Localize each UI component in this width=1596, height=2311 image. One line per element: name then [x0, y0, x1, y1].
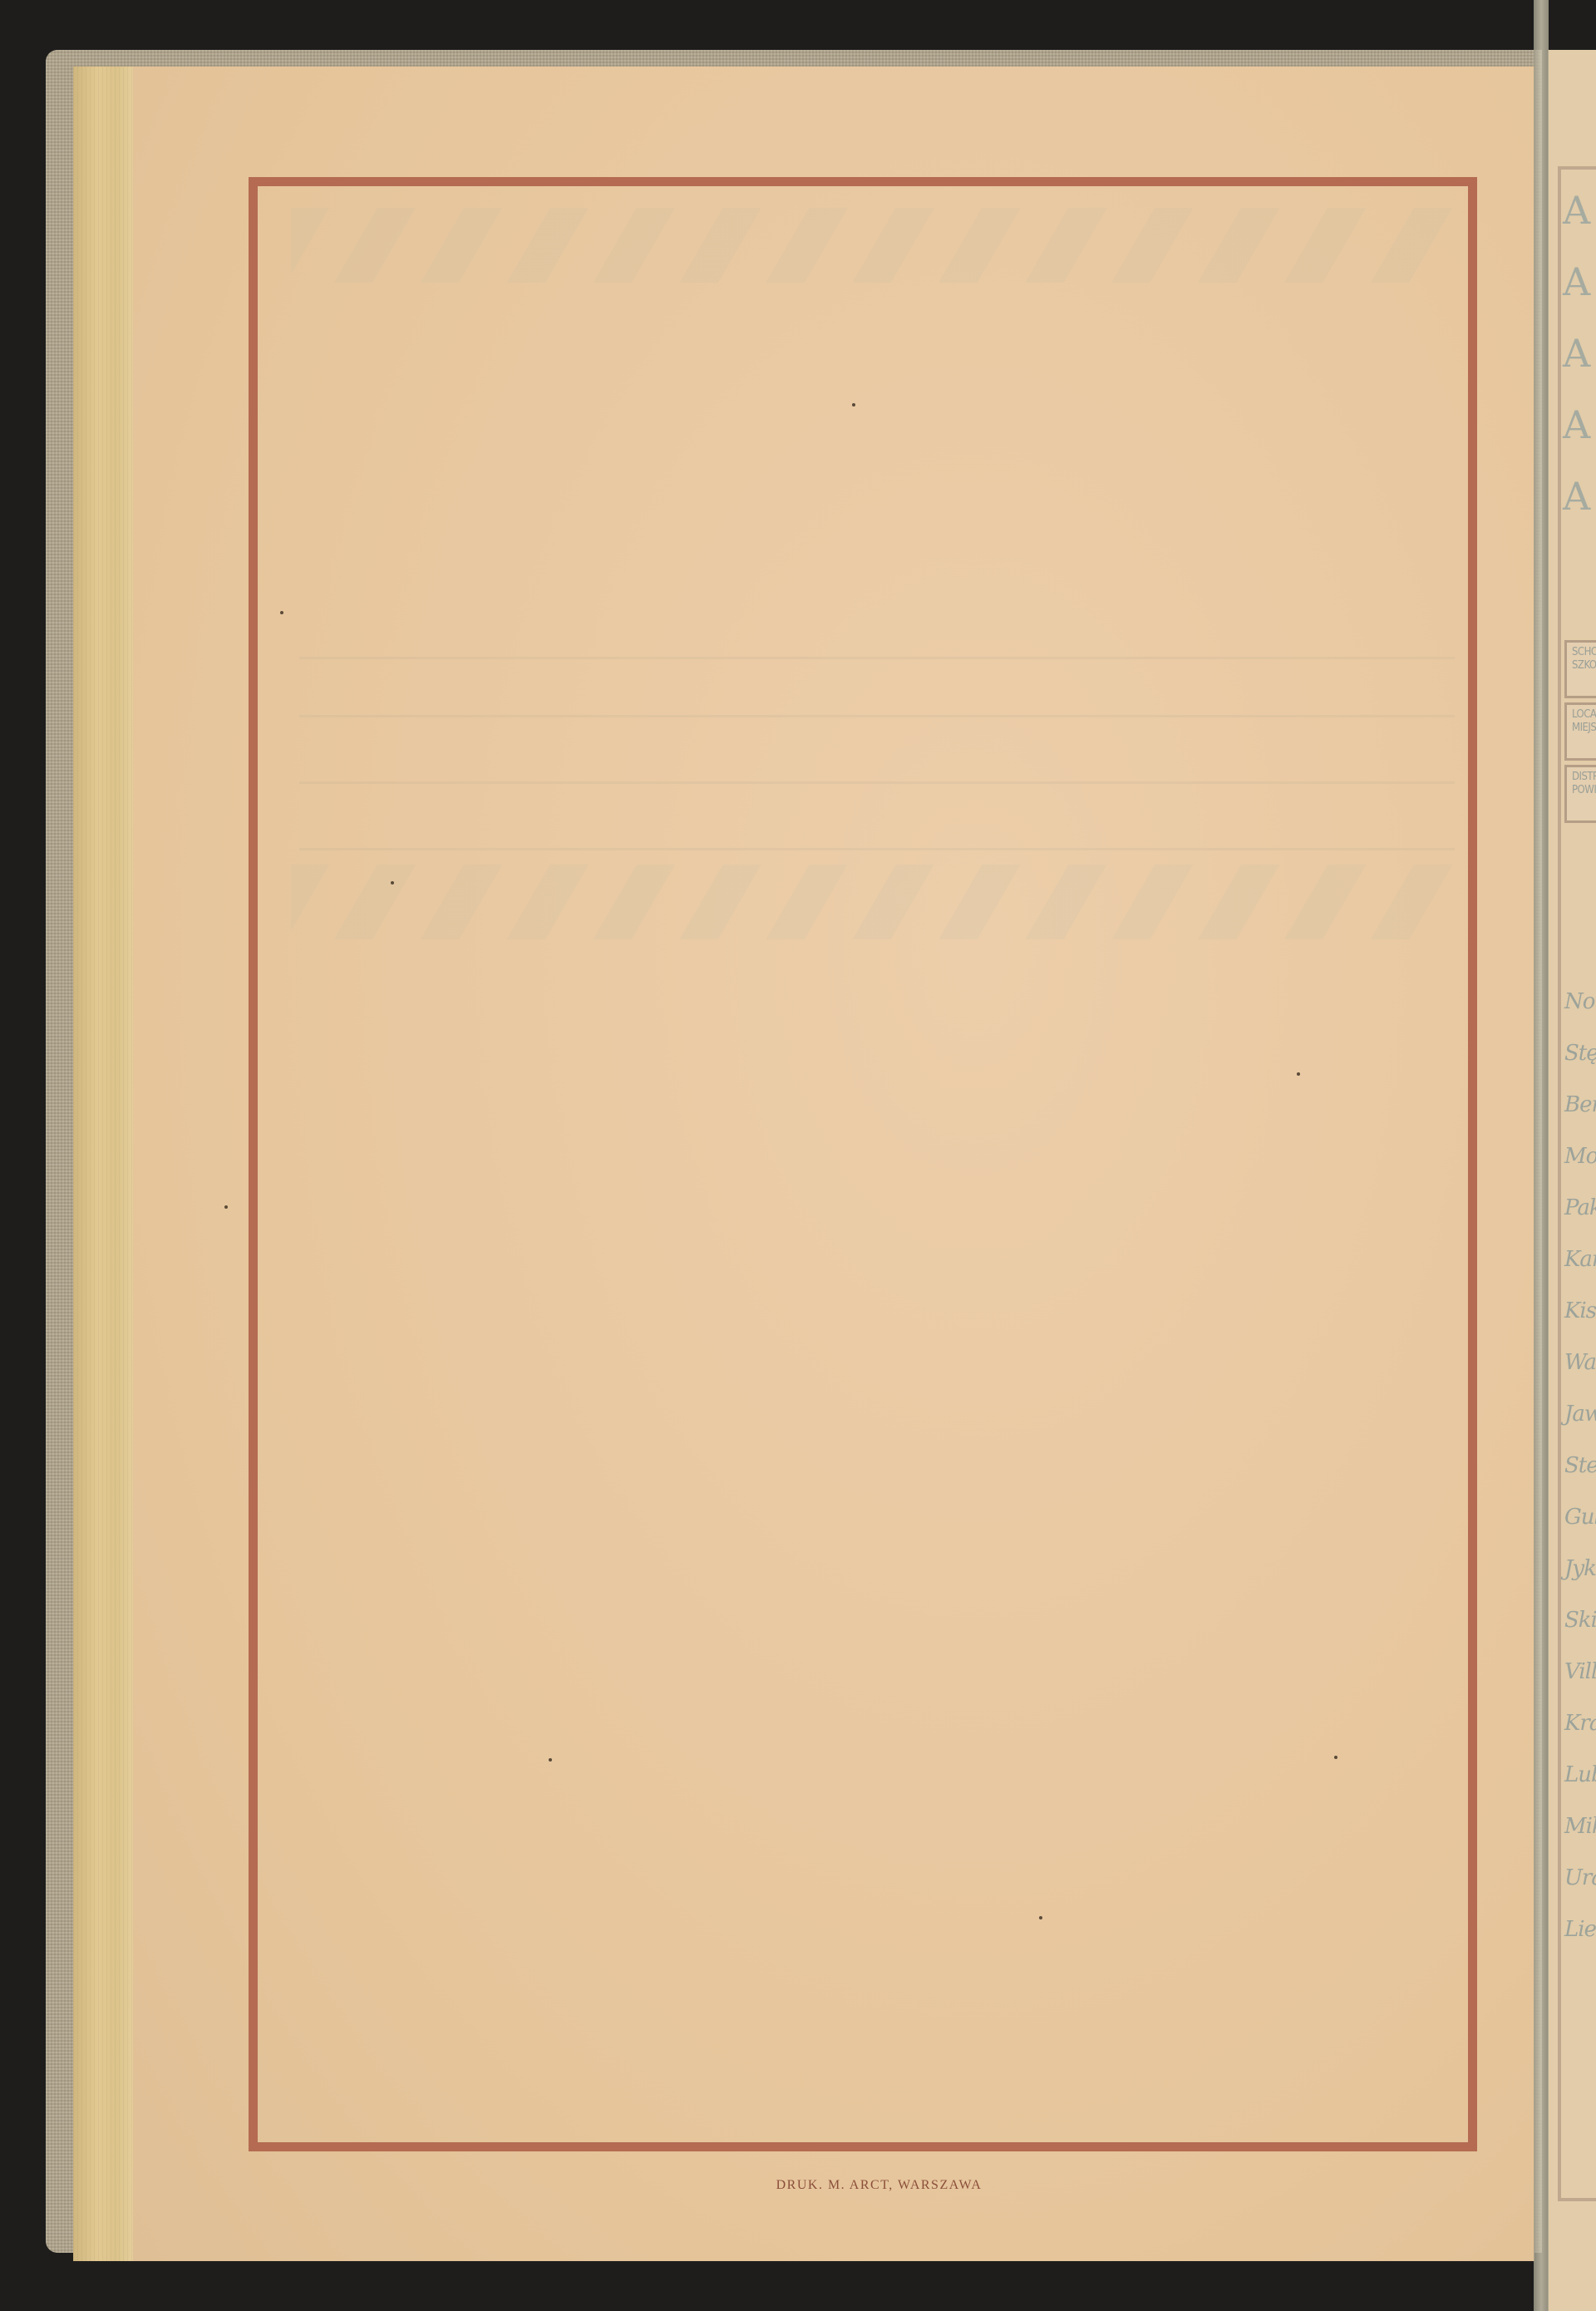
label-line: SZKOŁA: [1572, 659, 1596, 673]
page-border-frame: [249, 177, 1477, 2151]
handwritten-name: Nowa: [1564, 989, 1596, 1041]
printer-imprint: DRUK. M. ARCT, WARSZAWA: [0, 2178, 1596, 2193]
handwritten-names: Nowa Stępie Bernato Morim Pakul Kant Kis…: [1564, 989, 1596, 1969]
handwritten-name: Gulnik: [1564, 1505, 1596, 1556]
label-line: POWIA: [1572, 784, 1596, 797]
handwritten-name: Liebhach: [1564, 1917, 1596, 1969]
page-edges: [73, 67, 135, 2261]
handwritten-name: Morim: [1564, 1144, 1596, 1195]
speck: [549, 1758, 552, 1762]
speck: [391, 881, 394, 884]
glass-plate-edge: [1534, 0, 1549, 2311]
speck: [1297, 1072, 1300, 1076]
speck: [1039, 1916, 1042, 1919]
handwritten-name: Jawiak: [1564, 1402, 1596, 1453]
label-line: DISTRI: [1572, 771, 1596, 784]
handwritten-name: Skiba: [1564, 1608, 1596, 1659]
speck: [852, 403, 855, 407]
speck: [224, 1205, 228, 1209]
handwritten-name: Walc: [1564, 1350, 1596, 1402]
adjacent-page-ornament: AAAAA: [1563, 175, 1596, 607]
handwritten-name: Bernato: [1564, 1092, 1596, 1144]
handwritten-name: Kisbr: [1564, 1298, 1596, 1350]
imprint-text: DRUK. M. ARCT, WARSZAWA: [776, 2178, 983, 2192]
handwritten-name: Mikołaj: [1564, 1814, 1596, 1865]
speck: [1334, 1756, 1337, 1759]
adjacent-label-locality: LOCAL MIEJSC: [1564, 702, 1596, 761]
handwritten-name: Pakul: [1564, 1195, 1596, 1247]
handwritten-name: Kraki: [1564, 1711, 1596, 1762]
label-line: LOCAL: [1572, 708, 1596, 722]
handwritten-name: Urani: [1564, 1865, 1596, 1917]
handwritten-name: Stępie: [1564, 1041, 1596, 1092]
adjacent-page: AAAAA SCHOO SZKOŁA LOCAL MIEJSC DISTRI P…: [1548, 50, 1596, 2311]
handwritten-name: Lubomirs: [1564, 1762, 1596, 1814]
handwritten-name: Stefan: [1564, 1453, 1596, 1505]
speck: [280, 611, 283, 614]
label-line: MIEJSC: [1572, 722, 1596, 735]
label-line: SCHOO: [1572, 646, 1596, 659]
handwritten-name: Villusm: [1564, 1659, 1596, 1711]
handwritten-name: Jyknoy: [1564, 1556, 1596, 1608]
adjacent-label-school: SCHOO SZKOŁA: [1564, 640, 1596, 698]
handwritten-name: Kant: [1564, 1247, 1596, 1298]
adjacent-label-district: DISTRI POWIA: [1564, 765, 1596, 823]
